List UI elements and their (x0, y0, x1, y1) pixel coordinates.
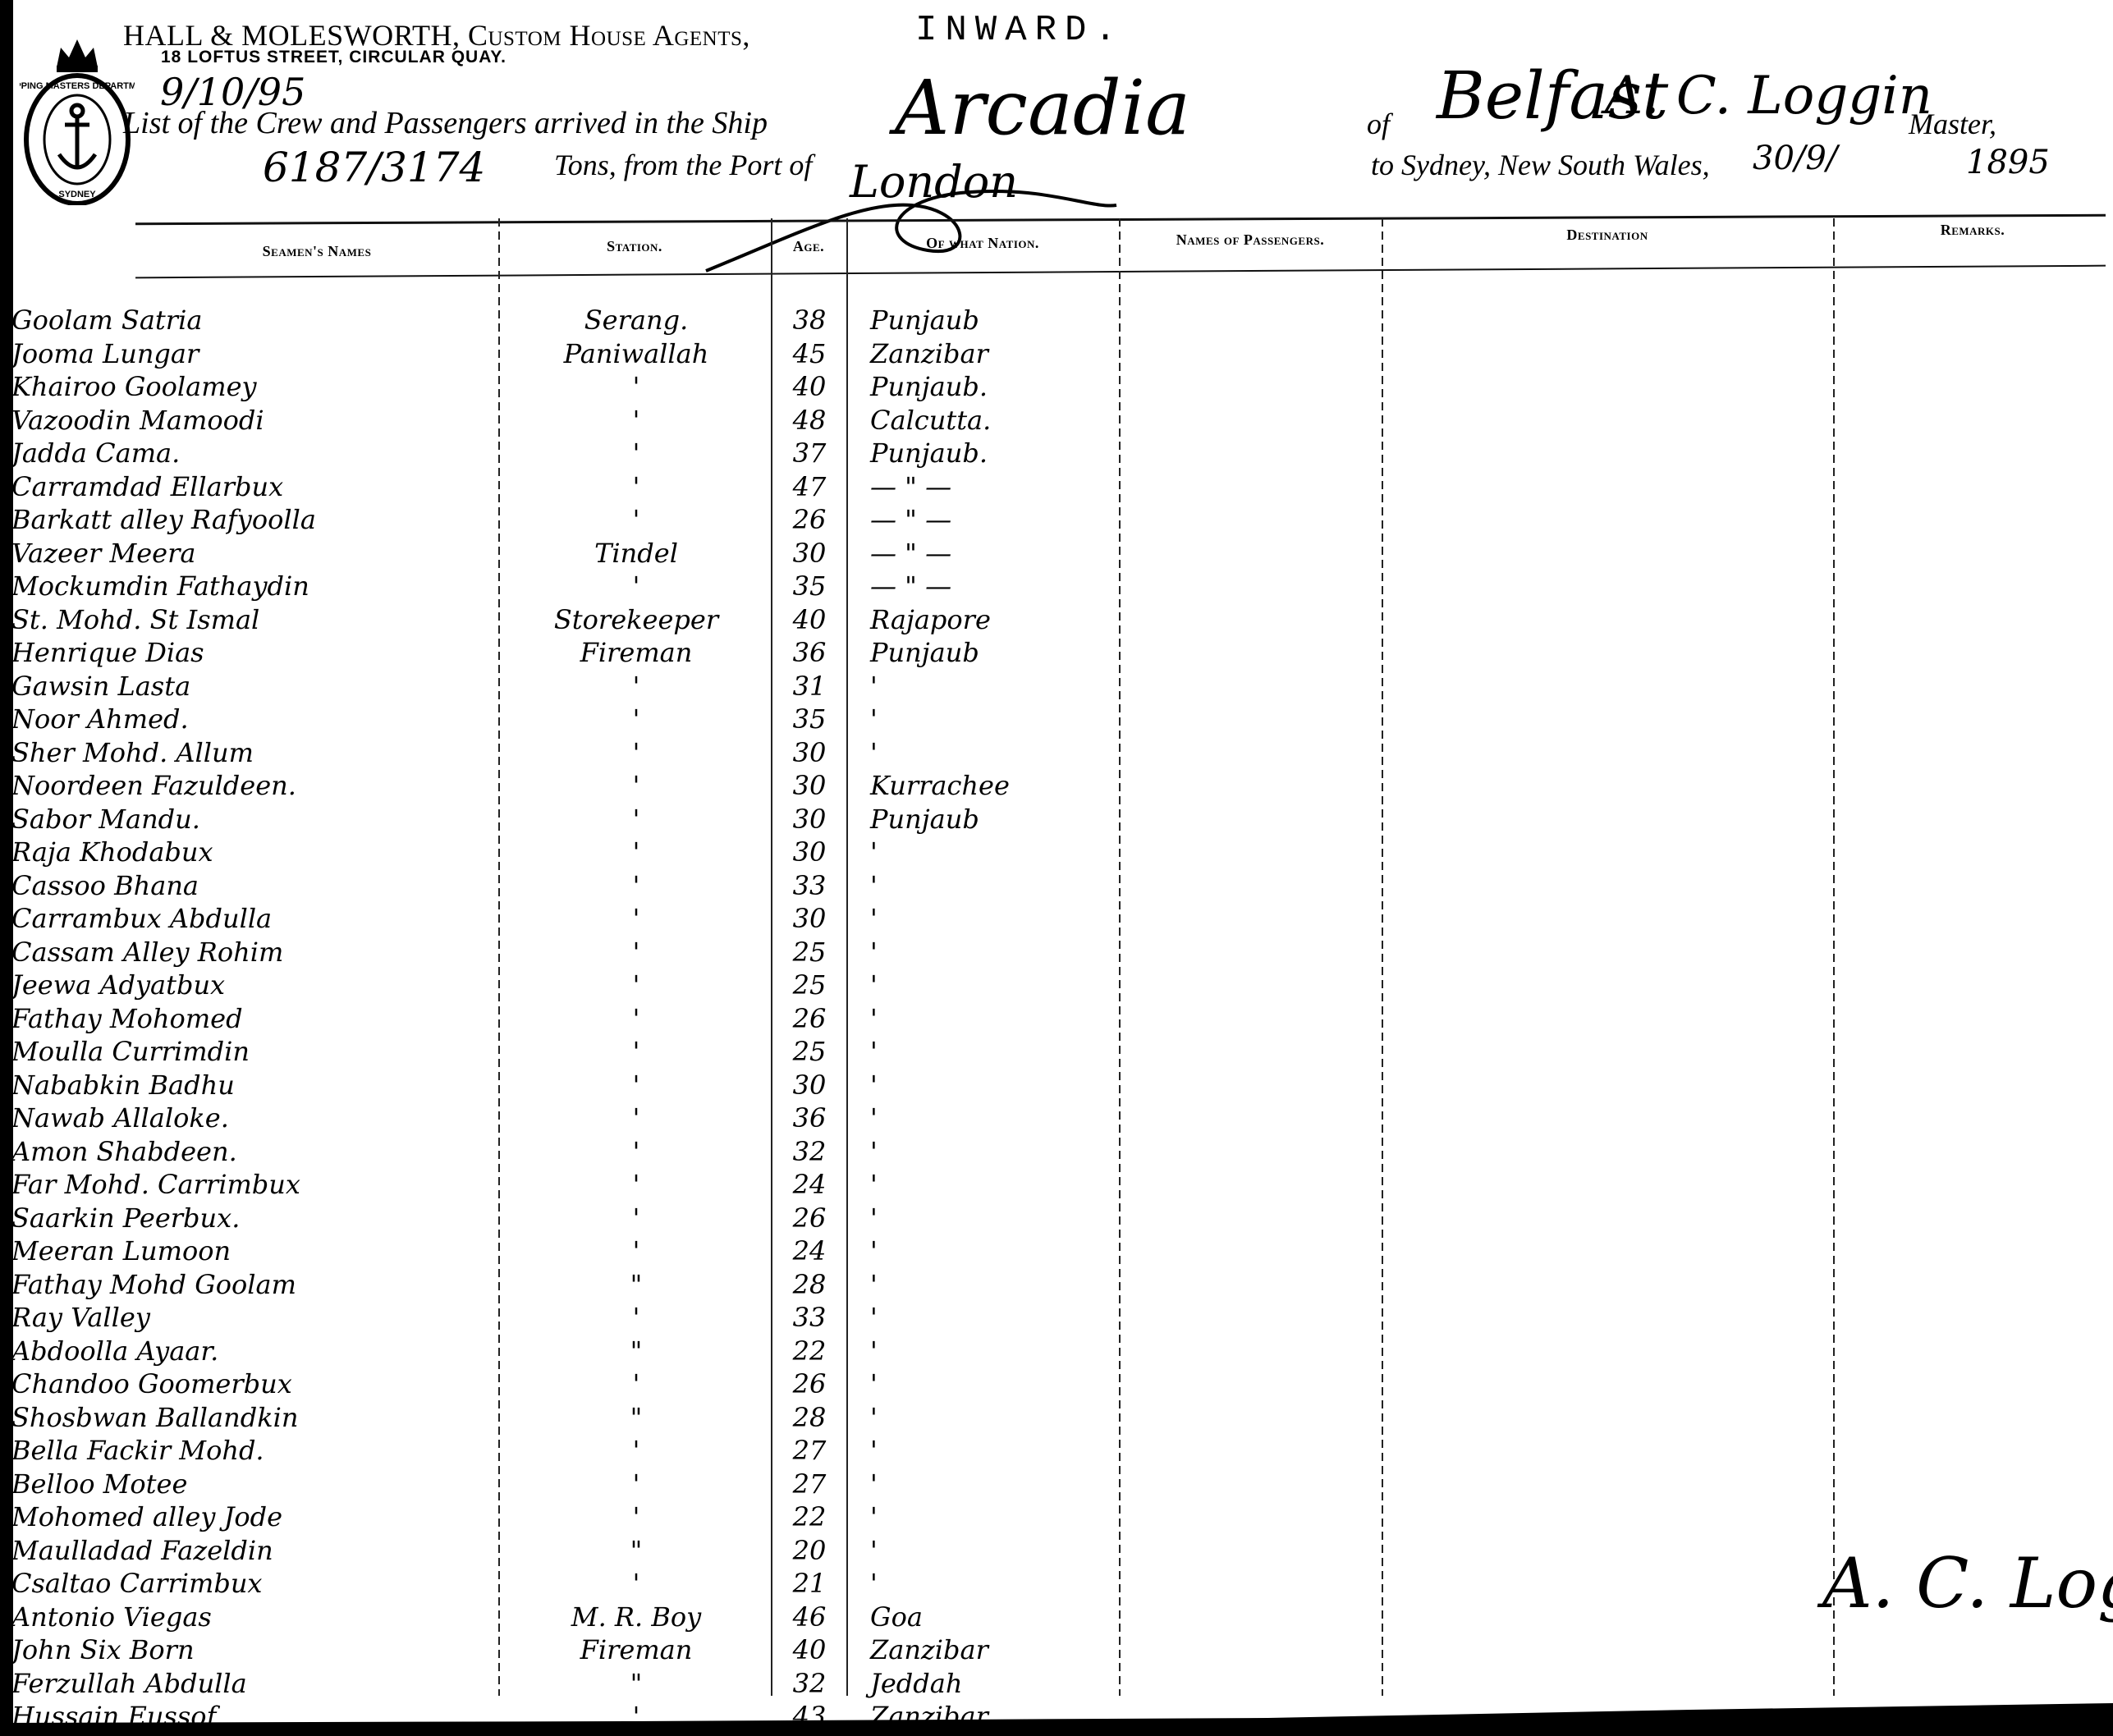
table-row: Ferzullah Abdulla"32Jeddah (0, 1667, 2113, 1701)
table-row: Mohomed alley Jode'22' (0, 1500, 2113, 1534)
seaman-name-cell: Vazoodin Mamoodi (11, 404, 504, 437)
seaman-name-cell: Jadda Cama. (11, 437, 504, 470)
nation-cell: — " — (854, 503, 1133, 537)
nation-cell: ' (854, 836, 1133, 869)
nation-cell: ' (854, 736, 1133, 770)
age-cell: 26 (772, 1202, 847, 1235)
nation-cell: ' (854, 1135, 1133, 1169)
table-row: Meeran Lumoon'24' (0, 1234, 2113, 1268)
seaman-name-cell: Cassoo Bhana (11, 869, 504, 903)
seaman-name-cell: Moulla Currimdin (11, 1035, 504, 1069)
age-cell: 22 (772, 1335, 847, 1368)
age-cell: 24 (772, 1168, 847, 1202)
age-cell: 22 (772, 1500, 847, 1534)
nation-cell: Punjaub (854, 636, 1133, 670)
nation-cell: Punjaub. (854, 370, 1133, 404)
seaman-name-cell: Abdoolla Ayaar. (11, 1335, 504, 1368)
nation-cell: ' (854, 1367, 1133, 1401)
station-cell: ' (501, 370, 772, 404)
arrival-year: 1895 (1966, 144, 2050, 181)
seaman-name-cell: Gawsin Lasta (11, 670, 504, 703)
seaman-name-cell: Mockumdin Fathaydin (11, 570, 504, 603)
station-cell: Storekeeper (501, 603, 772, 637)
seaman-name-cell: Csaltao Carrimbux (11, 1567, 504, 1601)
table-row: Cassoo Bhana'33' (0, 869, 2113, 903)
seaman-name-cell: Barkatt alley Rafyoolla (11, 503, 504, 537)
table-row: Belloo Motee'27' (0, 1468, 2113, 1501)
age-cell: 30 (772, 836, 847, 869)
table-row: Jooma LungarPaniwallah45Zanzibar (0, 337, 2113, 371)
table-row: Noor Ahmed.'35' (0, 703, 2113, 736)
seaman-name-cell: Sher Mohd. Allum (11, 736, 504, 770)
station-cell: ' (501, 1202, 772, 1235)
table-row: Mockumdin Fathaydin'35— " — (0, 570, 2113, 603)
seaman-name-cell: Ray Valley (11, 1301, 504, 1335)
nation-cell: Calcutta. (854, 404, 1133, 437)
station-cell: ' (501, 769, 772, 803)
station-cell: ' (501, 1367, 772, 1401)
column-header-destination: Destination (1382, 212, 1833, 258)
age-cell: 35 (772, 570, 847, 603)
station-cell: ' (501, 404, 772, 437)
seaman-name-cell: Cassam Alley Rohim (11, 936, 504, 969)
station-cell: " (501, 1534, 772, 1568)
seaman-name-cell: Jooma Lungar (11, 337, 504, 371)
table-row: Fathay Mohd Goolam"28' (0, 1268, 2113, 1302)
age-cell: 28 (772, 1401, 847, 1435)
table-row: Carrambux Abdulla'30' (0, 902, 2113, 936)
age-cell: 32 (772, 1667, 847, 1701)
station-cell: ' (501, 503, 772, 537)
nation-cell: ' (854, 703, 1133, 736)
station-cell: Fireman (501, 636, 772, 670)
age-cell: 25 (772, 969, 847, 1002)
nation-cell: ' (854, 1168, 1133, 1202)
seaman-name-cell: Nababkin Badhu (11, 1069, 504, 1102)
station-cell: ' (501, 570, 772, 603)
age-cell: 30 (772, 902, 847, 936)
station-cell: Fireman (501, 1633, 772, 1667)
ship-name: Arcadia (895, 64, 1190, 152)
station-cell: ' (501, 1168, 772, 1202)
age-cell: 25 (772, 936, 847, 969)
station-cell: ' (501, 703, 772, 736)
table-row: Nababkin Badhu'30' (0, 1069, 2113, 1102)
seaman-name-cell: Carramdad Ellarbux (11, 470, 504, 504)
seaman-name-cell: Fathay Mohd Goolam (11, 1268, 504, 1302)
seaman-name-cell: Meeran Lumoon (11, 1234, 504, 1268)
age-cell: 38 (772, 304, 847, 337)
nation-cell: Zanzibar (854, 1633, 1133, 1667)
age-cell: 33 (772, 869, 847, 903)
table-row: Vazeer MeeraTindel30— " — (0, 537, 2113, 570)
age-cell: 25 (772, 1035, 847, 1069)
station-cell: ' (501, 470, 772, 504)
seaman-name-cell: Raja Khodabux (11, 836, 504, 869)
table-row: Moulla Currimdin'25' (0, 1035, 2113, 1069)
nation-cell: ' (854, 1335, 1133, 1368)
age-cell: 27 (772, 1434, 847, 1468)
station-cell: Paniwallah (501, 337, 772, 371)
nation-cell: ' (854, 1202, 1133, 1235)
master-name: A. C. Loggin (1605, 66, 1932, 126)
age-cell: 30 (772, 803, 847, 836)
age-cell: 40 (772, 1633, 847, 1667)
station-cell: ' (501, 1234, 772, 1268)
seaman-name-cell: Chandoo Goomerbux (11, 1367, 504, 1401)
seaman-name-cell: Khairoo Goolamey (11, 370, 504, 404)
station-cell: ' (501, 803, 772, 836)
age-cell: 46 (772, 1601, 847, 1634)
station-cell: ' (501, 836, 772, 869)
table-row: Saarkin Peerbux.'26' (0, 1202, 2113, 1235)
nation-cell: ' (854, 936, 1133, 969)
age-cell: 36 (772, 636, 847, 670)
nation-cell: — " — (854, 470, 1133, 504)
seaman-name-cell: Noor Ahmed. (11, 703, 504, 736)
station-cell: " (501, 1401, 772, 1435)
table-row: Ray Valley'33' (0, 1301, 2113, 1335)
age-cell: 40 (772, 370, 847, 404)
station-cell: M. R. Boy (501, 1601, 772, 1634)
table-row: Vazoodin Mamoodi'48Calcutta. (0, 404, 2113, 437)
station-cell: ' (501, 1301, 772, 1335)
station-cell: ' (501, 1102, 772, 1135)
station-cell: ' (501, 969, 772, 1002)
table-row: Far Mohd. Carrimbux'24' (0, 1168, 2113, 1202)
table-row: Henrique DiasFireman36Punjaub (0, 636, 2113, 670)
table-row: Nawab Allaloke.'36' (0, 1102, 2113, 1135)
age-cell: 45 (772, 337, 847, 371)
nation-cell: ' (854, 969, 1133, 1002)
nation-cell: ' (854, 1401, 1133, 1435)
station-cell: ' (501, 1468, 772, 1501)
table-row: Maulladad Fazeldin"20' (0, 1534, 2113, 1568)
column-header-station: Station. (498, 223, 771, 269)
agent-address: 18 LOFTUS STREET, CIRCULAR QUAY. (161, 48, 506, 67)
seaman-name-cell: Jeewa Adyatbux (11, 969, 504, 1002)
seaman-name-cell: Henrique Dias (11, 636, 504, 670)
seaman-name-cell: Fathay Mohomed (11, 1002, 504, 1036)
seaman-name-cell: Vazeer Meera (11, 537, 504, 570)
table-row: Csaltao Carrimbux'21' (0, 1567, 2113, 1601)
seaman-name-cell: Shosbwan Ballandkin (11, 1401, 504, 1435)
table-row: Cassam Alley Rohim'25' (0, 936, 2113, 969)
nation-cell: ' (854, 869, 1133, 903)
age-cell: 31 (772, 670, 847, 703)
station-cell: ' (501, 1035, 772, 1069)
age-cell: 30 (772, 769, 847, 803)
table-row: Jeewa Adyatbux'25' (0, 969, 2113, 1002)
tonnage: 6187/3174 (263, 144, 485, 191)
table-row: Sabor Mandu.'30Punjaub (0, 803, 2113, 836)
age-cell: 20 (772, 1534, 847, 1568)
age-cell: 48 (772, 404, 847, 437)
age-cell: 32 (772, 1135, 847, 1169)
nation-cell: — " — (854, 570, 1133, 603)
station-cell: ' (501, 1002, 772, 1036)
station-cell: Serang. (501, 304, 772, 337)
table-row: Carramdad Ellarbux'47— " — (0, 470, 2113, 504)
seaman-name-cell: Nawab Allaloke. (11, 1102, 504, 1135)
age-cell: 24 (772, 1234, 847, 1268)
table-row: Sher Mohd. Allum'30' (0, 736, 2113, 770)
anchor-icon (59, 105, 95, 168)
age-cell: 26 (772, 503, 847, 537)
seaman-name-cell: John Six Born (11, 1633, 504, 1667)
tons-phrase: Tons, from the Port of (554, 148, 812, 182)
nation-cell: Kurrachee (854, 769, 1133, 803)
station-cell: " (501, 1268, 772, 1302)
age-cell: 21 (772, 1567, 847, 1601)
nation-cell: ' (854, 1069, 1133, 1102)
column-header-seamens-names: Seamen's Names (135, 228, 498, 274)
seaman-name-cell: Amon Shabdeen. (11, 1135, 504, 1169)
table-row: John Six BornFireman40Zanzibar (0, 1633, 2113, 1667)
station-cell: " (501, 1335, 772, 1368)
nation-cell: Punjaub. (854, 437, 1133, 470)
seaman-name-cell: Ferzullah Abdulla (11, 1667, 504, 1701)
station-cell: ' (501, 1135, 772, 1169)
column-header-nation: Of what Nation. (846, 220, 1119, 266)
nation-cell: ' (854, 670, 1133, 703)
seaman-name-cell: Maulladad Fazeldin (11, 1534, 504, 1568)
seaman-name-cell: Saarkin Peerbux. (11, 1202, 504, 1235)
nation-cell: ' (854, 1434, 1133, 1468)
seaman-name-cell: St. Mohd. St Ismal (11, 603, 504, 637)
age-cell: 40 (772, 603, 847, 637)
nation-cell: ' (854, 1234, 1133, 1268)
seaman-name-cell: Noordeen Fazuldeen. (11, 769, 504, 803)
nation-cell: Punjaub (854, 304, 1133, 337)
column-header-age: Age. (771, 223, 846, 269)
age-cell: 30 (772, 537, 847, 570)
table-row: St. Mohd. St IsmalStorekeeper40Rajapore (0, 603, 2113, 637)
table-row: Fathay Mohomed'26' (0, 1002, 2113, 1036)
nation-cell: ' (854, 1534, 1133, 1568)
document-title: INWARD. (915, 10, 1125, 51)
station-cell: ' (501, 1500, 772, 1534)
master-label: Master, (1909, 107, 1996, 141)
age-cell: 47 (772, 470, 847, 504)
table-row: Chandoo Goomerbux'26' (0, 1367, 2113, 1401)
age-cell: 36 (772, 1102, 847, 1135)
nation-cell: Punjaub (854, 803, 1133, 836)
station-cell: ' (501, 437, 772, 470)
svg-text:SHIPPING MASTERS DEPARTMENT: SHIPPING MASTERS DEPARTMENT (20, 81, 135, 91)
table-row: Shosbwan Ballandkin"28' (0, 1401, 2113, 1435)
age-cell: 26 (772, 1002, 847, 1036)
seaman-name-cell: Goolam Satria (11, 304, 504, 337)
station-cell: " (501, 1667, 772, 1701)
seaman-name-cell: Sabor Mandu. (11, 803, 504, 836)
nation-cell: ' (854, 1500, 1133, 1534)
table-row: Antonio ViegasM. R. Boy46Goa (0, 1601, 2113, 1634)
table-row: Abdoolla Ayaar."22' (0, 1335, 2113, 1368)
age-cell: 27 (772, 1468, 847, 1501)
column-header-passengers: Names of Passengers. (1119, 217, 1382, 263)
station-cell: ' (501, 1069, 772, 1102)
table-row: Amon Shabdeen.'32' (0, 1135, 2113, 1169)
nation-cell: ' (854, 1567, 1133, 1601)
age-cell: 30 (772, 1069, 847, 1102)
station-cell: ' (501, 1567, 772, 1601)
age-cell: 35 (772, 703, 847, 736)
table-row: Khairoo Goolamey'40Punjaub. (0, 370, 2113, 404)
master-signature: A. C. Loggin (1822, 1543, 2113, 1624)
nation-cell: ' (854, 1035, 1133, 1069)
svg-text:SYDNEY: SYDNEY (58, 190, 96, 199)
arrival-date: 30/9/ (1753, 140, 1837, 177)
of-label: of (1367, 107, 1390, 141)
shipping-masters-stamp: SHIPPING MASTERS DEPARTMENT SYDNEY (20, 33, 135, 205)
station-cell: ' (501, 869, 772, 903)
list-phrase: List of the Crew and Passengers arrived … (123, 105, 768, 141)
nation-cell: ' (854, 1301, 1133, 1335)
nation-cell: — " — (854, 537, 1133, 570)
column-header-remarks: Remarks. (1833, 207, 2112, 253)
seaman-name-cell: Bella Fackir Mohd. (11, 1434, 504, 1468)
station-cell: ' (501, 1434, 772, 1468)
age-cell: 30 (772, 736, 847, 770)
nation-cell: ' (854, 1268, 1133, 1302)
station-cell: ' (501, 902, 772, 936)
destination-phrase: to Sydney, New South Wales, (1371, 148, 1710, 182)
table-row: Jadda Cama.'37Punjaub. (0, 437, 2113, 470)
seaman-name-cell: Antonio Viegas (11, 1601, 504, 1634)
table-row: Barkatt alley Rafyoolla'26— " — (0, 503, 2113, 537)
nation-cell: ' (854, 1468, 1133, 1501)
station-cell: ' (501, 670, 772, 703)
station-cell: Tindel (501, 537, 772, 570)
table-row: Bella Fackir Mohd.'27' (0, 1434, 2113, 1468)
nation-cell: ' (854, 1002, 1133, 1036)
age-cell: 26 (772, 1367, 847, 1401)
table-row: Goolam SatriaSerang.38Punjaub (0, 304, 2113, 337)
station-cell: ' (501, 936, 772, 969)
seaman-name-cell: Mohomed alley Jode (11, 1500, 504, 1534)
age-cell: 28 (772, 1268, 847, 1302)
table-row: Raja Khodabux'30' (0, 836, 2113, 869)
nation-cell: Goa (854, 1601, 1133, 1634)
nation-cell: ' (854, 1102, 1133, 1135)
seaman-name-cell: Carrambux Abdulla (11, 902, 504, 936)
table-row: Gawsin Lasta'31' (0, 670, 2113, 703)
seaman-name-cell: Far Mohd. Carrimbux (11, 1168, 504, 1202)
nation-cell: ' (854, 902, 1133, 936)
nation-cell: Zanzibar (854, 337, 1133, 371)
seaman-name-cell: Belloo Motee (11, 1468, 504, 1501)
station-cell: ' (501, 736, 772, 770)
crown-icon (57, 39, 98, 72)
age-cell: 37 (772, 437, 847, 470)
table-row: Noordeen Fazuldeen.'30Kurrachee (0, 769, 2113, 803)
nation-cell: Rajapore (854, 603, 1133, 637)
age-cell: 33 (772, 1301, 847, 1335)
nation-cell: Jeddah (854, 1667, 1133, 1701)
